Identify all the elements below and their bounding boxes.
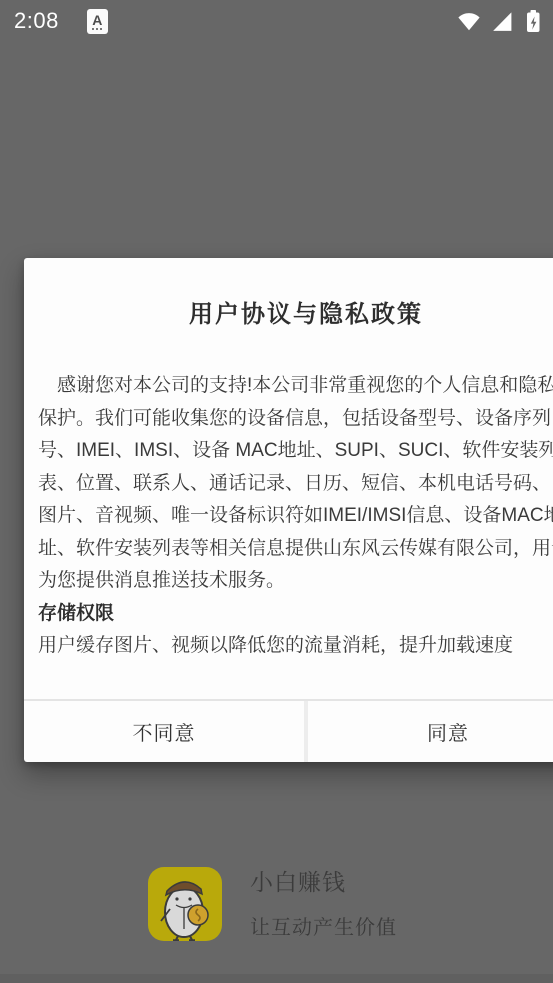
body-line: 为您提供消息推送技术服务。: [38, 565, 553, 598]
body-line: 保护。我们可能收集您的设备信息，包括设备型号、设备序列: [38, 403, 553, 436]
dialog-title: 用户协议与隐私政策: [24, 300, 553, 330]
storage-permission-heading: 存储权限: [38, 598, 553, 631]
body-line: 感谢您对本公司的支持!本公司非常重视您的个人信息和隐私: [38, 370, 553, 403]
status-bar: 2:08 A: [0, 0, 553, 42]
disagree-button[interactable]: 不同意: [24, 701, 304, 762]
app-name: 小白赚钱: [250, 868, 346, 896]
body-line: 图片、音视频、唯一设备标识符如IMEI/IMSI信息、设备MAC地: [38, 500, 553, 533]
notification-a-icon: A: [87, 9, 108, 34]
clock: 2:08: [14, 8, 59, 34]
body-line: 址、软件安装列表等相关信息提供山东风云传媒有限公司，用于: [38, 533, 553, 566]
privacy-policy-dialog: 用户协议与隐私政策 感谢您对本公司的支持!本公司非常重视您的个人信息和隐私 保护…: [24, 258, 553, 762]
badge-dots: [92, 28, 102, 30]
agree-button[interactable]: 同意: [308, 701, 553, 762]
battery-charging-icon: [521, 7, 545, 35]
app-slogan: 让互动产生价值: [250, 915, 397, 941]
mascot-bird-with-coin-icon: [148, 867, 222, 941]
wifi-icon: [456, 8, 482, 34]
status-icons: [456, 7, 545, 35]
dialog-body: 感谢您对本公司的支持!本公司非常重视您的个人信息和隐私 保护。我们可能收集您的设…: [24, 370, 553, 663]
cellular-signal-icon: [489, 9, 514, 34]
storage-permission-description: 用户缓存图片、视频以降低您的流量消耗，提升加载速度: [38, 630, 553, 663]
body-line: 表、位置、联系人、通话记录、日历、短信、本机电话号码、: [38, 468, 553, 501]
dialog-button-row: 不同意 同意: [24, 699, 553, 762]
app-logo: [148, 867, 222, 941]
body-line: 号、IMEI、IMSI、设备 MAC地址、SUPI、SUCI、软件安装列: [38, 435, 553, 468]
navigation-bar: [0, 974, 553, 983]
